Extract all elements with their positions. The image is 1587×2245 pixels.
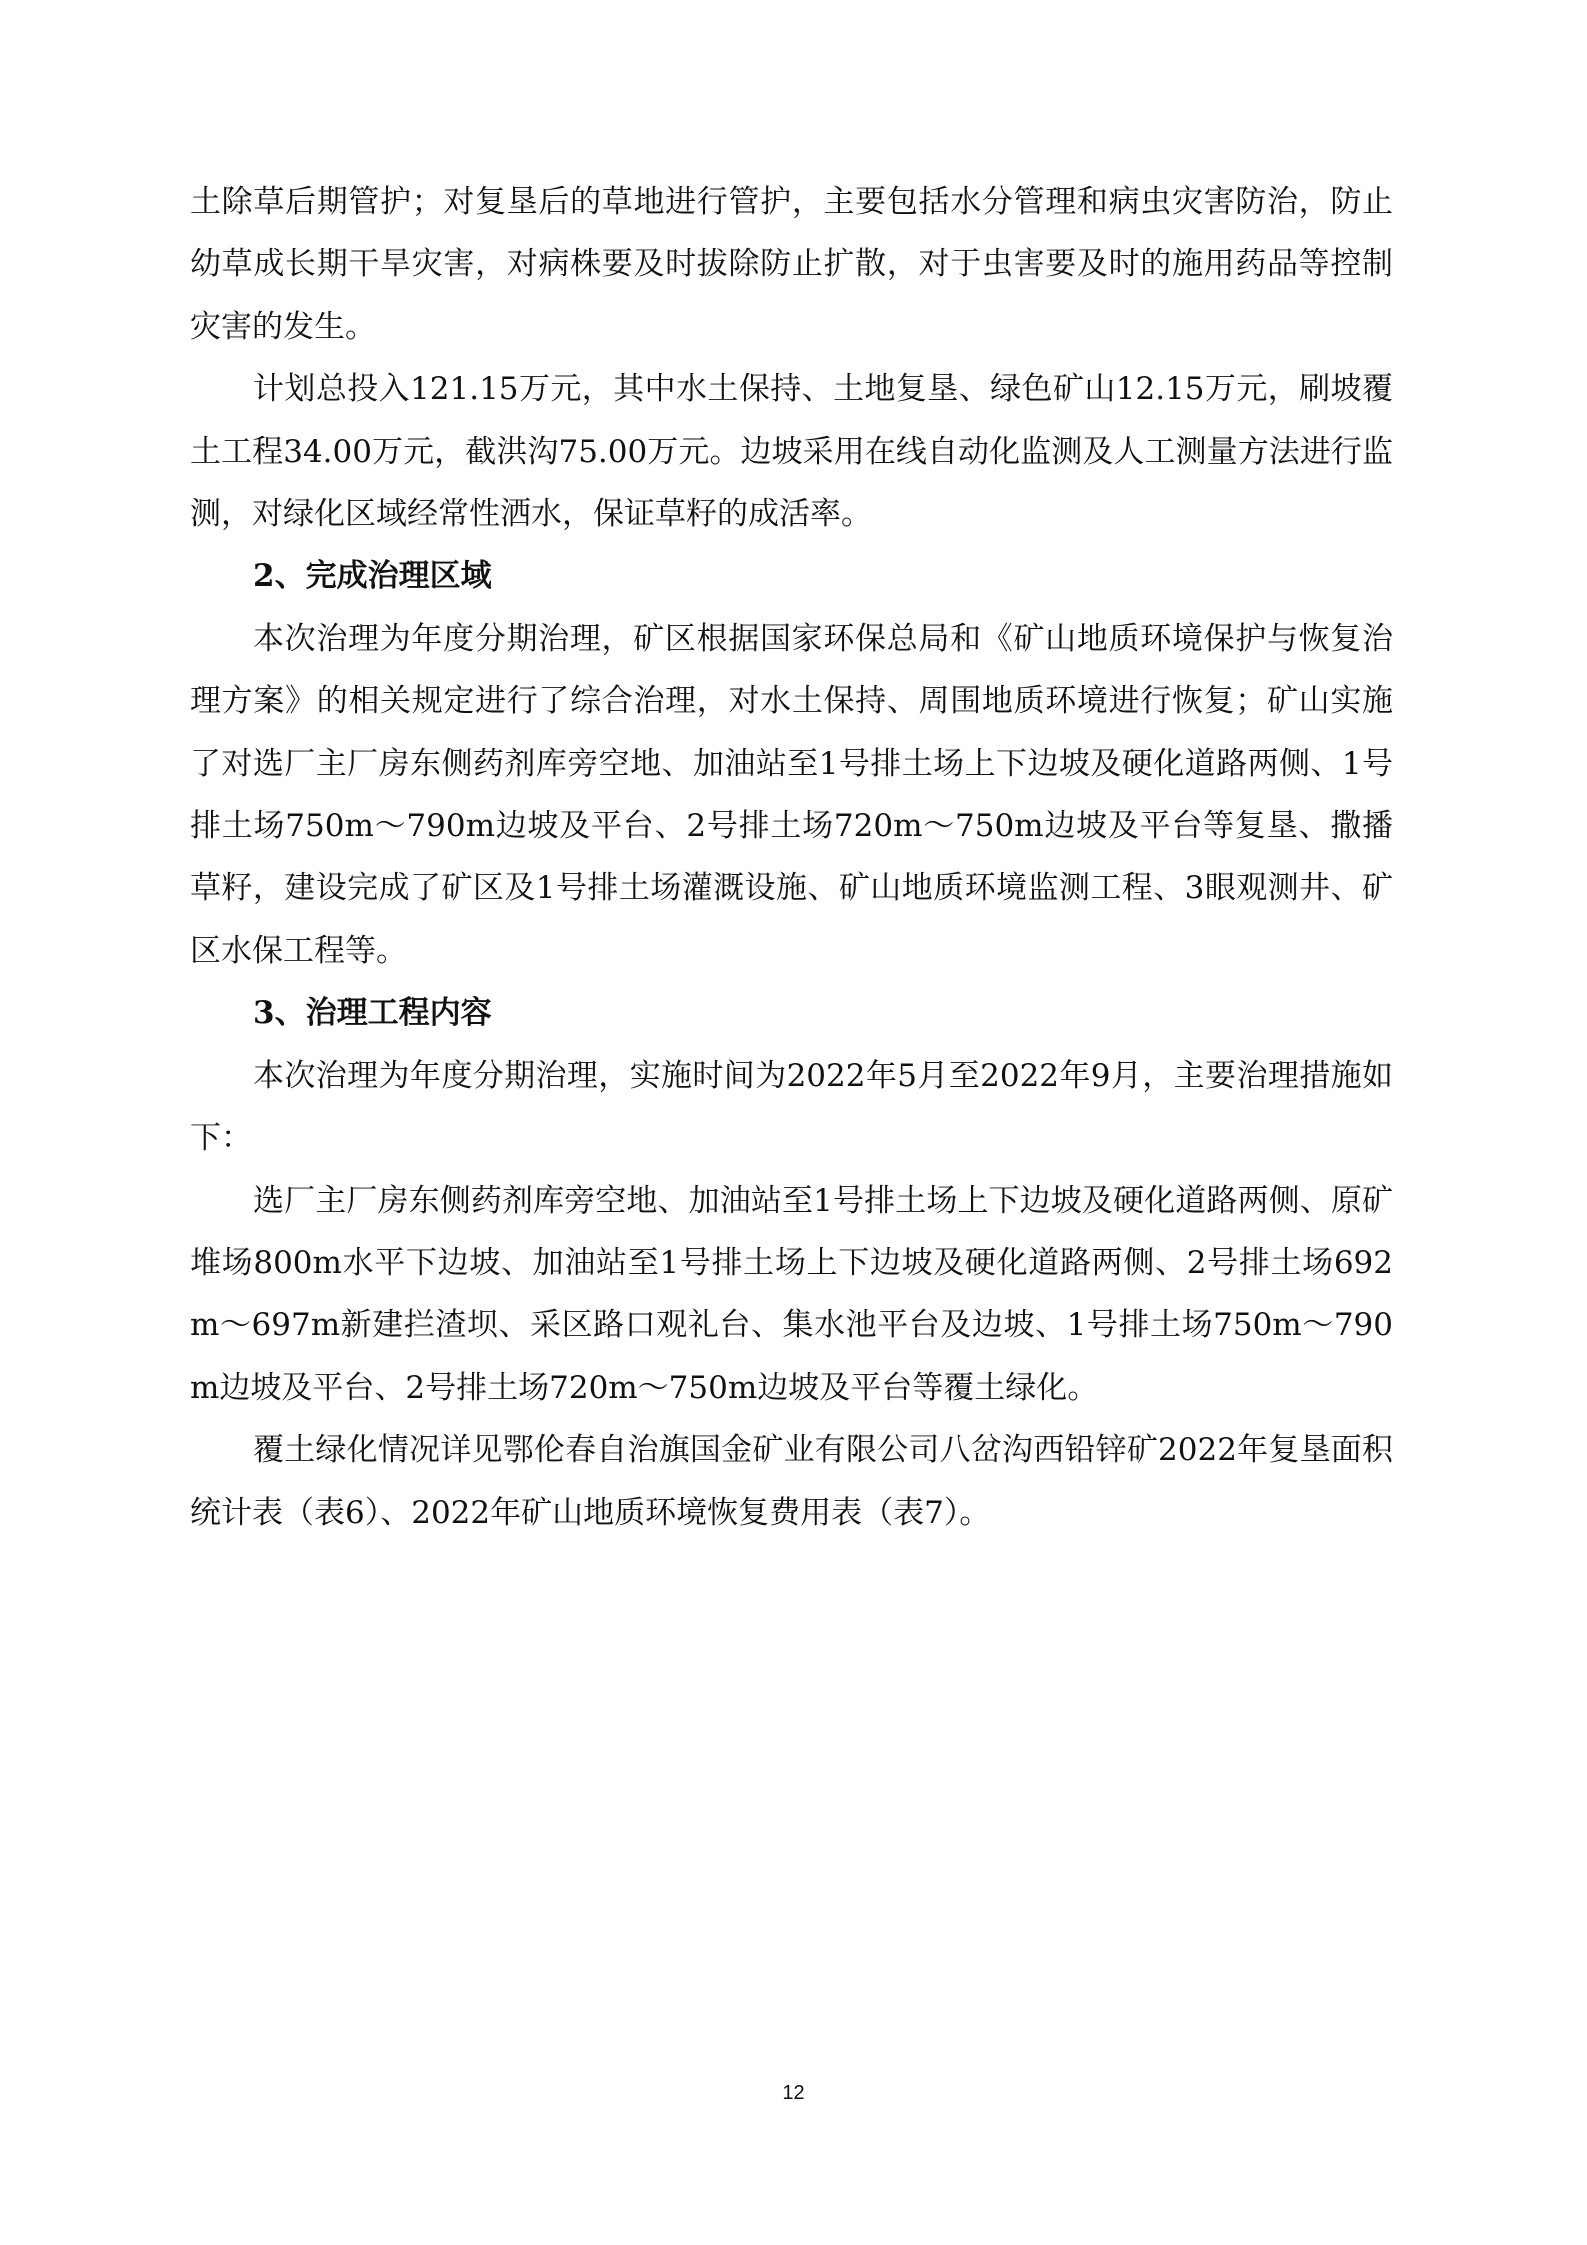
paragraph-investment: 计划总投入121.15万元，其中水土保持、土地复垦、绿色矿山12.15万元，刷坡…	[190, 358, 1393, 545]
section-heading-completed-area: 2、完成治理区域	[190, 545, 1393, 607]
paragraph-grass-management: 土除草后期管护；对复垦后的草地进行管护，主要包括水分管理和病虫灾害防治，防止幼草…	[190, 171, 1393, 358]
section-heading-project-content: 3、治理工程内容	[190, 982, 1393, 1044]
paragraph-completed-area: 本次治理为年度分期治理，矿区根据国家环保总局和《矿山地质环境保护与恢复治理方案》…	[190, 608, 1393, 982]
paragraph-greening-locations: 选厂主厂房东侧药剂库旁空地、加油站至1号排土场上下边坡及硬化道路两侧、原矿堆场8…	[190, 1170, 1393, 1420]
paragraph-table-reference: 覆土绿化情况详见鄂伦春自治旗国金矿业有限公司八岔沟西铅锌矿2022年复垦面积统计…	[190, 1419, 1393, 1544]
page-number: 12	[0, 2082, 1587, 2105]
paragraph-implementation-time: 本次治理为年度分期治理，实施时间为2022年5月至2022年9月，主要治理措施如…	[190, 1045, 1393, 1170]
document-body: 土除草后期管护；对复垦后的草地进行管护，主要包括水分管理和病虫灾害防治，防止幼草…	[190, 171, 1393, 1544]
